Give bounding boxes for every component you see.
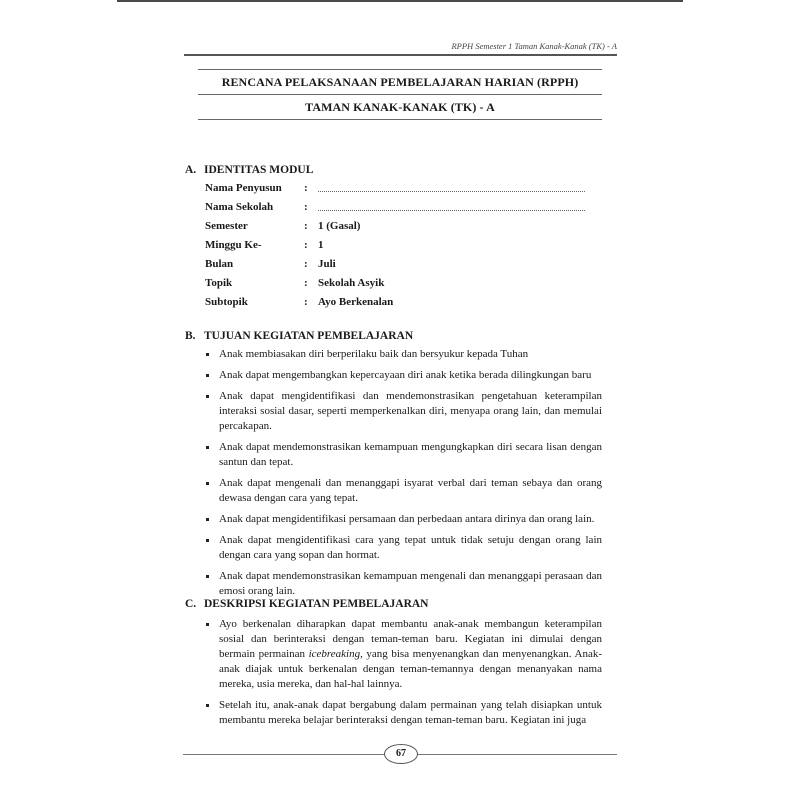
list-item: Anak dapat mendemonstrasikan kemampuan m…	[206, 569, 602, 599]
bullet-icon	[206, 704, 209, 707]
list-item-text: Setelah itu, anak-anak dapat bergabung d…	[219, 699, 602, 726]
identity-colon: :	[304, 220, 308, 232]
fill-in-dotted-line	[318, 191, 585, 192]
section-a-heading: A.IDENTITAS MODUL	[185, 164, 313, 176]
list-item: Anak dapat mengembangkan kepercayaan dir…	[206, 368, 602, 383]
list-item: Anak membiasakan diri berperilaku baik d…	[206, 347, 602, 362]
identity-colon: :	[304, 239, 308, 251]
list-item: Anak dapat mengenali dan menanggapi isya…	[206, 476, 602, 506]
bullet-icon	[206, 518, 209, 521]
list-item-text: Anak dapat mengidentifikasi cara yang te…	[219, 534, 602, 561]
identity-value: Sekolah Asyik	[318, 277, 384, 289]
bullet-icon	[206, 374, 209, 377]
learning-objectives-list: Anak membiasakan diri berperilaku baik d…	[206, 347, 602, 605]
page-number: 67	[384, 744, 418, 764]
section-c-heading: C.DESKRIPSI KEGIATAN PEMBELAJARAN	[185, 598, 429, 610]
identity-value: 1	[318, 239, 324, 251]
fill-in-dotted-line	[318, 210, 585, 211]
identity-label: Semester	[205, 220, 248, 232]
activity-description-list: Ayo berkenalan diharapkan dapat membantu…	[206, 617, 602, 734]
list-item: Ayo berkenalan diharapkan dapat membantu…	[206, 617, 602, 692]
section-title: DESKRIPSI KEGIATAN PEMBELAJARAN	[204, 598, 429, 610]
list-item-text: Anak dapat mengenali dan menanggapi isya…	[219, 477, 602, 504]
section-letter: B.	[185, 330, 204, 342]
identity-label: Nama Sekolah	[205, 201, 273, 213]
list-item: Anak dapat mengidentifikasi cara yang te…	[206, 533, 602, 563]
bullet-icon	[206, 395, 209, 398]
list-item-text: Anak membiasakan diri berperilaku baik d…	[219, 348, 528, 360]
bullet-icon	[206, 575, 209, 578]
document-subtitle: TAMAN KANAK-KANAK (TK) - A	[198, 100, 602, 115]
identity-value: Juli	[318, 258, 336, 270]
title-rule-bottom	[198, 119, 602, 120]
identity-colon: :	[304, 182, 308, 194]
section-letter: C.	[185, 598, 204, 610]
identity-label: Bulan	[205, 258, 233, 270]
list-item-text: Anak dapat mendemonstrasikan kemampuan m…	[219, 570, 602, 597]
list-item-text: Anak dapat mendemonstrasikan kemampuan m…	[219, 441, 602, 468]
list-item: Anak dapat mengidentifikasi dan mendemon…	[206, 389, 602, 434]
identity-value: Ayo Berkenalan	[318, 296, 393, 308]
list-item: Anak dapat mengidentifikasi persamaan da…	[206, 512, 602, 527]
identity-label: Minggu Ke-	[205, 239, 262, 251]
title-rule-top	[198, 69, 602, 70]
bullet-icon	[206, 539, 209, 542]
list-item-text: Anak dapat mengembangkan kepercayaan dir…	[219, 369, 591, 381]
identity-colon: :	[304, 258, 308, 270]
section-letter: A.	[185, 164, 204, 176]
identity-colon: :	[304, 201, 308, 213]
list-item-text: Anak dapat mengidentifikasi dan mendemon…	[219, 390, 602, 432]
bullet-icon	[206, 353, 209, 356]
viewer-top-bar	[117, 0, 683, 2]
identity-value: 1 (Gasal)	[318, 220, 360, 232]
identity-colon: :	[304, 296, 308, 308]
list-item: Setelah itu, anak-anak dapat bergabung d…	[206, 698, 602, 728]
header-rule	[184, 54, 617, 56]
bullet-icon	[206, 482, 209, 485]
document-title: RENCANA PELAKSANAAN PEMBELAJARAN HARIAN …	[198, 75, 602, 90]
bullet-icon	[206, 446, 209, 449]
identity-label: Nama Penyusun	[205, 182, 282, 194]
section-b-heading: B.TUJUAN KEGIATAN PEMBELAJARAN	[185, 330, 413, 342]
identity-colon: :	[304, 277, 308, 289]
identity-label: Subtopik	[205, 296, 248, 308]
identity-label: Topik	[205, 277, 232, 289]
bullet-icon	[206, 623, 209, 626]
italic-term: icebreaking	[309, 648, 361, 660]
list-item-text: Anak dapat mengidentifikasi persamaan da…	[219, 513, 594, 525]
list-item: Anak dapat mendemonstrasikan kemampuan m…	[206, 440, 602, 470]
running-header: RPPH Semester 1 Taman Kanak-Kanak (TK) -…	[451, 41, 617, 51]
title-rule-middle	[198, 94, 602, 95]
section-title: IDENTITAS MODUL	[204, 164, 313, 176]
section-title: TUJUAN KEGIATAN PEMBELAJARAN	[204, 330, 413, 342]
